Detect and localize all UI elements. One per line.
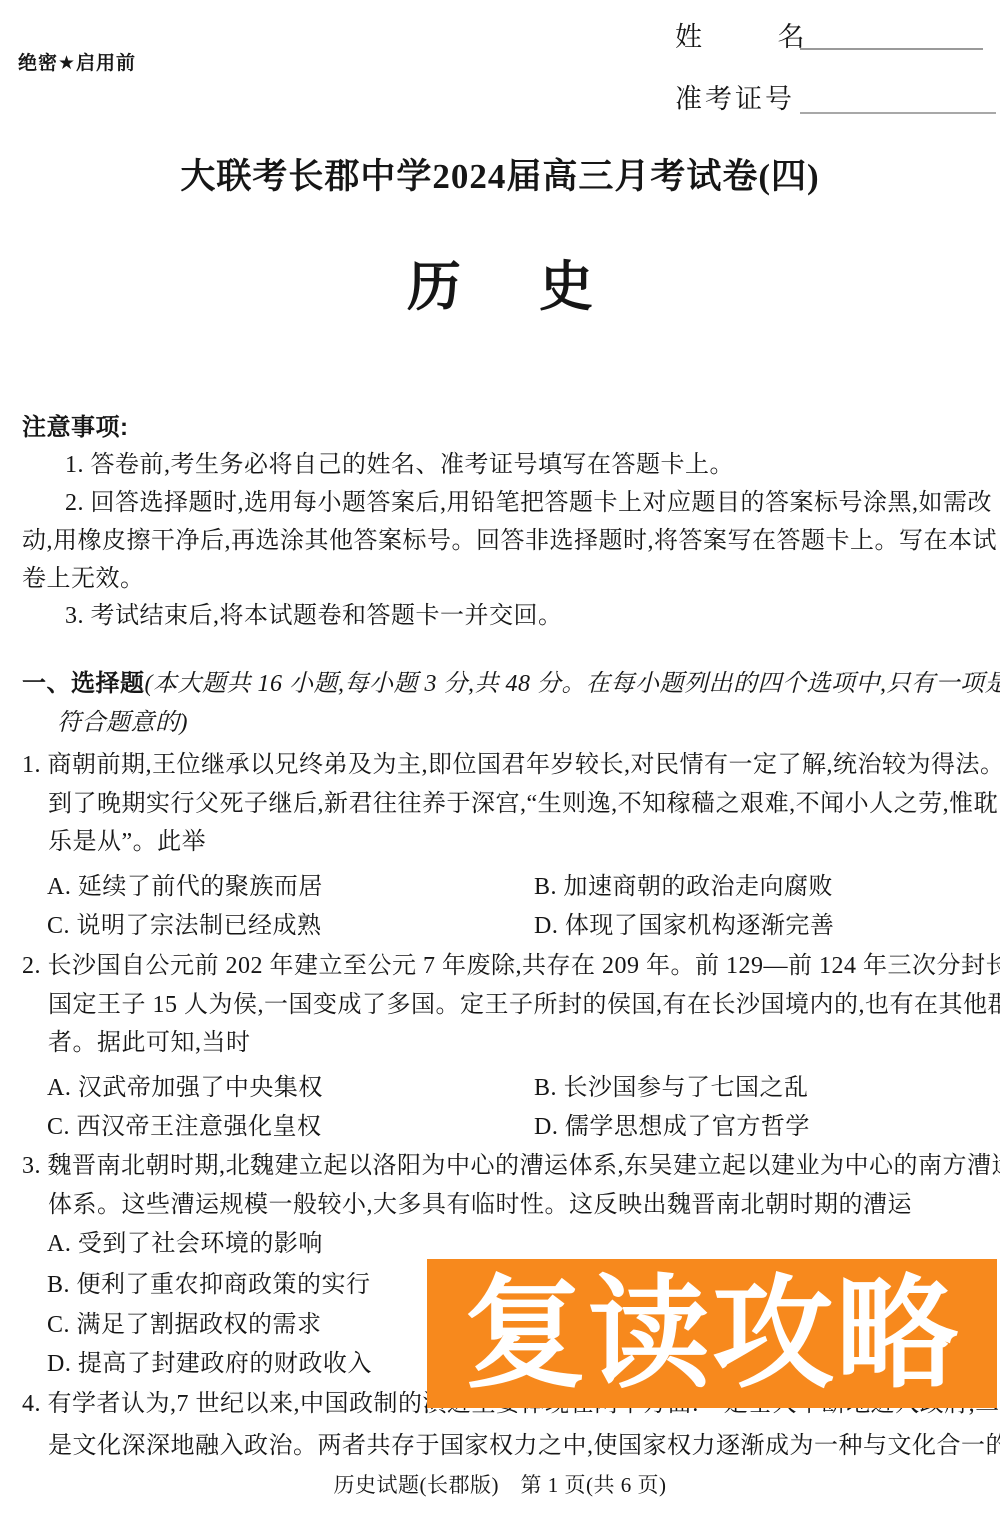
question-2-option-d: D. 儒学思想成了官方哲学 <box>534 1112 810 1143</box>
question-1-option-c: C. 说明了宗法制已经成熟 <box>47 911 322 942</box>
name-label-char-1: 姓 <box>675 20 703 55</box>
question-2-option-b: B. 长沙国参与了七国之乱 <box>534 1073 809 1104</box>
question-3-option-b: B. 便利了重农抑商政策的实行 <box>47 1270 371 1301</box>
question-1-option-b: B. 加速商朝的政治走向腐败 <box>534 872 833 903</box>
section-heading-line-2: 符合题意的) <box>57 708 188 739</box>
question-1-stem-line-1: 1. 商朝前期,王位继承以兄终弟及为主,即位国君年岁较长,对民情有一定了解,统治… <box>22 750 1000 781</box>
notice-item-1: 1. 答卷前,考生务必将自己的姓名、准考证号填写在答题卡上。 <box>65 450 734 481</box>
exam-paper-page: 绝密★启用前 姓 名 准考证号 大联考长郡中学2024届高三月考试卷(四) 历 … <box>0 0 1000 1516</box>
subject-char-2: 史 <box>539 244 593 321</box>
question-3-stem-line-1: 3. 魏晋南北朝时期,北魏建立起以洛阳为中心的漕运体系,东吴建立起以建业为中心的… <box>22 1151 1000 1182</box>
notice-item-2-line-3: 卷上无效。 <box>22 564 145 595</box>
subject-char-1: 历 <box>407 244 461 321</box>
section-heading-note: (本大题共 16 小题,每小题 3 分,共 48 分。在每小题列出的四个选项中,… <box>145 671 1000 697</box>
watermark-overlay: 复读攻略 <box>427 1259 997 1408</box>
question-1-stem-line-2: 到了晚期实行父死子继后,新君往往养于深宫,“生则逸,不知稼穑之艰难,不闻小人之劳… <box>48 789 998 820</box>
admission-number-label: 准考证号 <box>675 82 795 117</box>
question-1-option-d: D. 体现了国家机构逐渐完善 <box>534 911 834 942</box>
page-footer: 历史试题(长郡版) 第 1 页(共 6 页) <box>0 1472 1000 1499</box>
question-2-stem-line-1: 2. 长沙国自公元前 202 年建立至公元 7 年废除,共存在 209 年。前 … <box>22 951 1000 982</box>
question-4-stem-line-2: 是文化深深地融入政治。两者共存于国家权力之中,使国家权力逐渐成为一种与文化合一的 <box>48 1431 1000 1462</box>
notice-heading: 注意事项: <box>22 412 129 443</box>
name-blank-line <box>800 48 983 50</box>
admission-blank-line <box>800 112 996 114</box>
question-1-option-a: A. 延续了前代的聚族而居 <box>47 872 323 903</box>
name-field-label: 姓 名 <box>675 20 805 55</box>
subject-title: 历 史 <box>0 244 1000 321</box>
section-heading-line-1: 一、选择题(本大题共 16 小题,每小题 3 分,共 48 分。在每小题列出的四… <box>22 668 1000 700</box>
question-3-option-a: A. 受到了社会环境的影响 <box>47 1229 323 1260</box>
notice-item-2-line-1: 2. 回答选择题时,选用每小题答案后,用铅笔把答题卡上对应题目的答案标号涂黑,如… <box>65 488 992 519</box>
question-3-stem-line-2: 体系。这些漕运规模一般较小,大多具有临时性。这反映出魏晋南北朝时期的漕运 <box>48 1190 912 1221</box>
question-2-option-a: A. 汉武帝加强了中央集权 <box>47 1073 323 1104</box>
watermark-text: 复读攻略 <box>464 1273 960 1395</box>
question-2-stem-line-2: 国定王子 15 人为侯,一国变成了多国。定王子所封的侯国,有在长沙国境内的,也有… <box>48 990 1000 1021</box>
question-1-stem-line-3: 乐是从”。此举 <box>48 827 206 858</box>
notice-item-2-line-2: 动,用橡皮擦干净后,再选涂其他答案标号。回答非选择题时,将答案写在答题卡上。写在… <box>22 526 997 557</box>
section-heading-bold: 一、选择题 <box>22 670 145 697</box>
secrecy-label: 绝密★启用前 <box>18 52 136 77</box>
question-2-option-c: C. 西汉帝王注意强化皇权 <box>47 1112 322 1143</box>
question-2-stem-line-3: 者。据此可知,当时 <box>48 1028 251 1059</box>
exam-title: 大联考长郡中学2024届高三月考试卷(四) <box>0 154 1000 200</box>
question-3-option-c: C. 满足了割据政权的需求 <box>47 1310 322 1341</box>
notice-item-3: 3. 考试结束后,将本试题卷和答题卡一并交回。 <box>65 601 563 632</box>
question-3-option-d: D. 提高了封建政府的财政收入 <box>47 1349 372 1380</box>
